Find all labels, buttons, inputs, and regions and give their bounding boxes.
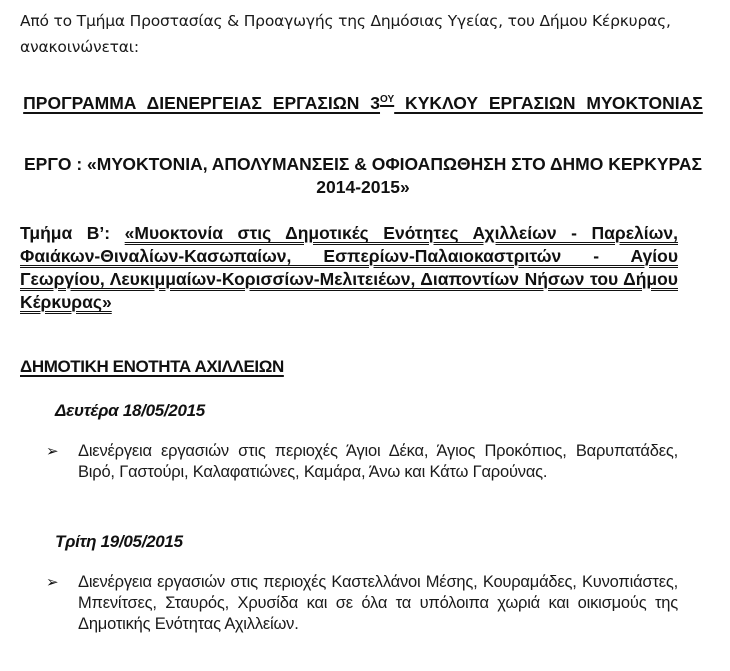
schedule-day-heading: Δευτέρα 18/05/2015 — [55, 400, 205, 422]
municipality-heading: ΔΗΜΟΤΙΚΗ ΕΝΟΤΗΤΑ ΑΧΙΛΛΕΙΩΝ — [20, 356, 284, 378]
schedule-list-item: ➢ Διενέργεια εργασιών στις περιοχές Καστ… — [46, 572, 678, 635]
arrow-bullet-icon: ➢ — [46, 441, 62, 462]
announcement-document: Από το Τμήμα Προστασίας & Προαγωγής της … — [0, 0, 730, 671]
schedule-item-text: Διενέργεια εργασιών στις περιοχές Καστελ… — [78, 572, 678, 635]
section-b-label: Τμήμα Β’: — [20, 223, 125, 243]
intro-paragraph: Από το Τμήμα Προστασίας & Προαγωγής της … — [20, 8, 680, 60]
schedule-item-text: Διενέργεια εργασιών στις περιοχές Άγιοι … — [78, 441, 678, 483]
section-b-paragraph: Τμήμα Β’: «Μυοκτονία στις Δημοτικές Ενότ… — [20, 222, 678, 314]
program-title-superscript: ΟΥ — [380, 94, 394, 105]
program-title: ΠΡΟΓΡΑΜΜΑ ΔΙΕΝΕΡΓΕΙΑΣ ΕΡΓΑΣΙΩΝ 3ΟΥ ΚΥΚΛΟ… — [20, 92, 706, 115]
arrow-bullet-icon: ➢ — [46, 572, 62, 593]
schedule-list-item: ➢ Διενέργεια εργασιών στις περιοχές Άγιο… — [46, 441, 678, 483]
program-title-suffix: ΚΥΚΛΟΥ ΕΡΓΑΣΙΩΝ ΜΥΟΚΤΟΝΙΑΣ — [394, 93, 703, 113]
program-title-prefix: ΠΡΟΓΡΑΜΜΑ ΔΙΕΝΕΡΓΕΙΑΣ ΕΡΓΑΣΙΩΝ 3 — [23, 93, 380, 113]
project-title: ΕΡΓΟ : «ΜΥΟΚΤΟΝΙΑ, ΑΠΟΛΥΜΑΝΣΕΙΣ & ΟΦΙΟΑΠ… — [20, 153, 706, 199]
schedule-day-heading: Τρίτη 19/05/2015 — [55, 531, 183, 553]
